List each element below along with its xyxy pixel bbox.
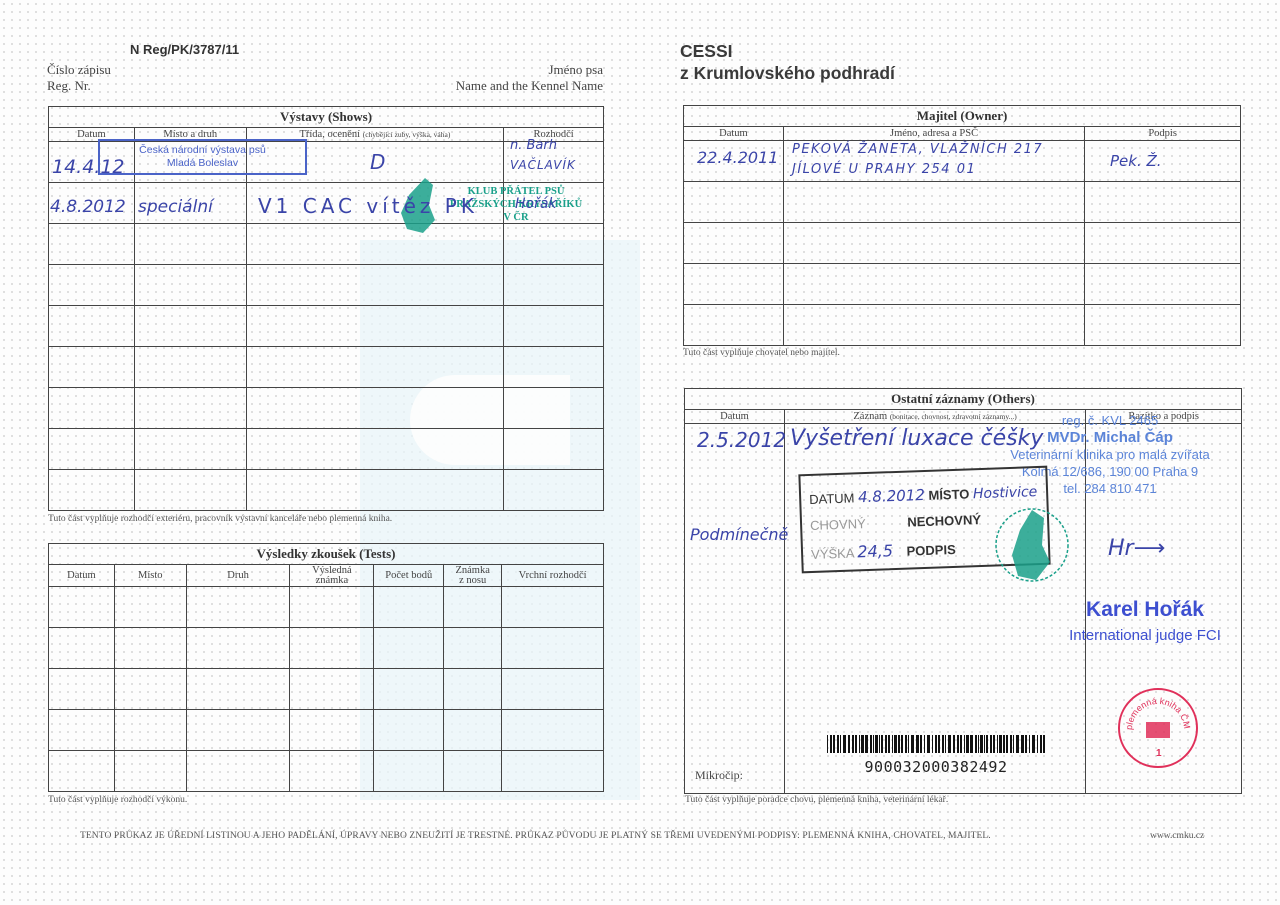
table-row (684, 223, 1241, 264)
tests-title: Výsledky zkoušek (Tests) (49, 544, 604, 565)
tests-table: Výsledky zkoušek (Tests) Datum Místo Dru… (48, 543, 604, 792)
table-row (49, 306, 604, 347)
table-row (49, 265, 604, 306)
table-row (684, 305, 1241, 346)
name-label-en: Name and the Kennel Name (456, 78, 603, 94)
owner-row1-address-line1: PEKOVÁ ŽANETA, VLAŽNÍCH 217 (792, 142, 1043, 157)
table-row (49, 470, 604, 511)
table-row (49, 669, 604, 710)
show-row2-judge: Hořák (515, 196, 557, 212)
col-header: Datum (684, 127, 784, 141)
owner-row1-date: 22.4.2011 (697, 148, 778, 167)
others-title: Ostatní záznamy (Others) (685, 389, 1242, 410)
table-row (49, 429, 604, 470)
owner-row1-address-line2: JÍLOVÉ U PRAHY 254 01 (792, 162, 976, 177)
table-row (684, 182, 1241, 223)
col-header: Počet bodů (374, 565, 444, 587)
judge-name: Karel Hořák (1040, 598, 1250, 622)
registration-number: N Reg/PK/3787/11 (130, 42, 239, 57)
studbook-emblem-icon: plemenná kniha ČMKU 1 (1120, 690, 1196, 766)
show-stamp: Česká národní výstava psů Mladá Boleslav (98, 139, 307, 175)
shows-title: Výstavy (Shows) (49, 107, 604, 128)
show-row1-award: D (370, 150, 385, 174)
club-round-stamp-icon (992, 500, 1072, 590)
show-row1-judge-signature: n. Barh (510, 138, 557, 153)
show-row2-award: V1 CAC vítěz PK (258, 194, 478, 218)
datum-label: DATUM (809, 490, 855, 507)
col-header: Datum (685, 410, 785, 424)
col-header: Známka z nosu (444, 565, 502, 587)
kennel-name-line2: z Krumlovského podhradí (680, 62, 895, 84)
owner-note: Tuto část vyplňuje chovatel nebo majitel… (683, 348, 840, 358)
reg-label-cz: Číslo zápisu (47, 62, 111, 78)
shows-note: Tuto část vyplňuje rozhodčí exteriéru, p… (48, 514, 392, 524)
name-label-cz: Jméno psa (548, 62, 603, 78)
col-header: Datum (49, 565, 115, 587)
table-row (49, 751, 604, 792)
microchip-barcode (827, 735, 1045, 753)
podpis-label: PODPIS (906, 542, 956, 559)
table-row (684, 264, 1241, 305)
vyska-label: VÝŠKA (811, 545, 854, 561)
judge-title: International judge FCI (1040, 627, 1250, 644)
col-header: Vrchní rozhodčí (502, 565, 604, 587)
others-entry2-record: Podmínečně (690, 525, 788, 544)
nechovny-option: NECHOVNÝ (907, 512, 981, 530)
owner-title: Majitel (Owner) (684, 106, 1241, 127)
chovny-option: CHOVNÝ (810, 516, 866, 533)
dog-name: CESSI z Krumlovského podhradí (680, 40, 895, 84)
reg-label-en: Reg. Nr. (47, 78, 91, 94)
judge-signature: Hr⟶ (1108, 536, 1165, 561)
col-header: Jméno, adresa a PSČ (783, 127, 1084, 141)
table-row (49, 628, 604, 669)
col-header-hint: (chybějící zuby, výška, váha) (363, 130, 451, 139)
website-link[interactable]: www.cmku.cz (1150, 831, 1204, 841)
others-note: Tuto část vyplňuje poradce chovu, plemen… (685, 795, 948, 805)
svg-text:1: 1 (1156, 748, 1162, 759)
table-row (49, 347, 604, 388)
vyska-value: 24,5 (857, 541, 893, 561)
datum-value: 4.8.2012 (858, 486, 925, 506)
show-stamp-line1: Česká národní výstava psů (106, 144, 299, 157)
dog-name-line1: CESSI (680, 40, 895, 62)
col-header: Podpis (1085, 127, 1241, 141)
col-header: Výsledná známka (290, 565, 374, 587)
col-header-text: Záznam (853, 411, 887, 422)
col-header: Místo (114, 565, 186, 587)
microchip-label: Mikročip: (685, 424, 785, 794)
table-row (49, 710, 604, 751)
col-header: Druh (186, 565, 290, 587)
legal-footer: TENTO PRŮKAZ JE ÚŘEDNÍ LISTINOU A JEHO P… (80, 831, 991, 841)
col-header-text: Třída, ocenění (299, 129, 360, 140)
others-entry1-record: Vyšetření luxace čéšky (790, 426, 1043, 451)
show-stamp-line2: Mladá Boleslav (106, 157, 299, 170)
tests-note: Tuto část vyplňuje rozhodčí výkonu. (48, 795, 187, 805)
table-row (49, 224, 604, 265)
show-row2-date: 4.8.2012 (50, 197, 126, 217)
misto-label: MÍSTO (928, 486, 969, 502)
show-row1-date: 14.4.12 (52, 156, 125, 178)
show-row1-judge: VAČLAVÍK (510, 158, 576, 172)
table-row (49, 587, 604, 628)
others-entry1-date: 2.5.2012 (697, 428, 786, 452)
table-row (49, 388, 604, 429)
microchip-number: 900032000382492 (825, 758, 1047, 776)
owner-row1-signature: Pek. Ž. (1110, 152, 1162, 170)
studbook-stamp: plemenná kniha ČMKU 1 (1118, 688, 1198, 768)
show-row2-place: speciální (138, 197, 213, 217)
